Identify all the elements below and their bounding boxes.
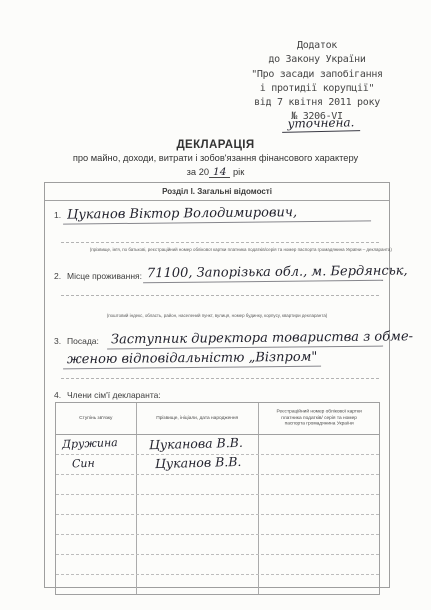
family-table-empty-row bbox=[56, 535, 379, 555]
regnumber-cell bbox=[259, 455, 379, 474]
relation-cell: Дружина bbox=[56, 435, 137, 454]
note-line: "Про засади запобігання bbox=[228, 68, 406, 82]
family-table-empty-row bbox=[56, 575, 379, 594]
field1-caption: (прізвище, ім'я, по батькові, реєстрацій… bbox=[90, 248, 345, 252]
field2-number: 2. bbox=[54, 271, 61, 281]
family-members-table: Ступінь зв'язку Прізвище, ініціали, дата… bbox=[55, 402, 380, 595]
note-line: і протидії корупції" bbox=[228, 82, 406, 96]
field1-number: 1. bbox=[54, 210, 61, 220]
regnumber-cell bbox=[259, 435, 379, 454]
note-line: до Закону України bbox=[228, 53, 406, 67]
field2-label: Місце проживання: bbox=[67, 271, 142, 281]
name-handwritten: Цуканов В.В. bbox=[154, 454, 241, 471]
note-line: від 7 квітня 2011 року bbox=[228, 96, 406, 110]
section1-form-box: Розділ І. Загальні відомості 1. Цуканов … bbox=[44, 182, 390, 588]
legal-reference-note: Додаток до Закону України "Про засади за… bbox=[228, 39, 406, 125]
family-table-row: Дружина Цуканова В.В. bbox=[56, 435, 379, 455]
column-header-relation: Ступінь зв'язку bbox=[56, 403, 137, 434]
declaration-year-line: за 2014 рік bbox=[0, 167, 431, 178]
year-suffix: рік bbox=[233, 167, 244, 177]
relation-handwritten: Син bbox=[72, 457, 95, 471]
field3-label: Посада: bbox=[67, 336, 99, 346]
ruled-line bbox=[61, 295, 379, 296]
ruled-line bbox=[61, 378, 379, 379]
relation-cell: Син bbox=[56, 455, 137, 474]
year-prefix: за 20 bbox=[187, 167, 209, 177]
field2-address-handwritten: 71100, Запорізька обл., м. Бердянськ, bbox=[143, 264, 383, 284]
relation-handwritten: Дружина bbox=[62, 436, 118, 451]
name-cell: Цуканова В.В. bbox=[137, 435, 259, 454]
declaration-title-block: ДЕКЛАРАЦІЯ про майно, доходи, витрати і … bbox=[0, 139, 431, 178]
field3-number: 3. bbox=[54, 336, 61, 346]
name-handwritten: Цуканова В.В. bbox=[148, 435, 242, 452]
field3-position-line1-handwritten: Заступник директора товариства з обме- bbox=[107, 330, 383, 350]
section-header: Розділ І. Загальні відомості bbox=[45, 183, 389, 201]
declaration-title: ДЕКЛАРАЦІЯ bbox=[0, 139, 431, 151]
column-header-regnumber: Реєстраційний номер облікової картки пла… bbox=[259, 403, 379, 434]
family-table-row: Син Цуканов В.В. bbox=[56, 455, 379, 475]
ruled-line bbox=[61, 242, 379, 243]
name-cell: Цуканов В.В. bbox=[137, 455, 259, 474]
declaration-subtitle: про майно, доходи, витрати і зобов'язанн… bbox=[0, 153, 431, 163]
handwritten-year-value: 14 bbox=[209, 168, 230, 178]
field4-number: 4. bbox=[54, 390, 61, 400]
field4-label: Члени сім'ї декларанта: bbox=[67, 390, 161, 400]
note-line: Додаток bbox=[228, 39, 406, 53]
field1-name-handwritten: Цуканов Віктор Володимирович, bbox=[63, 204, 371, 224]
family-table-empty-row bbox=[56, 515, 379, 535]
family-table-empty-row bbox=[56, 475, 379, 495]
field2-caption: (поштовий індекс, область, район, населе… bbox=[90, 314, 345, 318]
field3-position-line2-handwritten: женою відповідальністю „Візпром" bbox=[63, 350, 321, 370]
family-table-empty-row bbox=[56, 555, 379, 575]
family-table-header-row: Ступінь зв'язку Прізвище, ініціали, дата… bbox=[56, 403, 379, 435]
scanned-declaration-page: Додаток до Закону України "Про засади за… bbox=[0, 0, 431, 610]
column-header-name: Прізвище, ініціали, дата народження bbox=[137, 403, 259, 434]
family-table-empty-row bbox=[56, 495, 379, 515]
handwritten-clarified-mark: уточнена. bbox=[282, 115, 360, 133]
